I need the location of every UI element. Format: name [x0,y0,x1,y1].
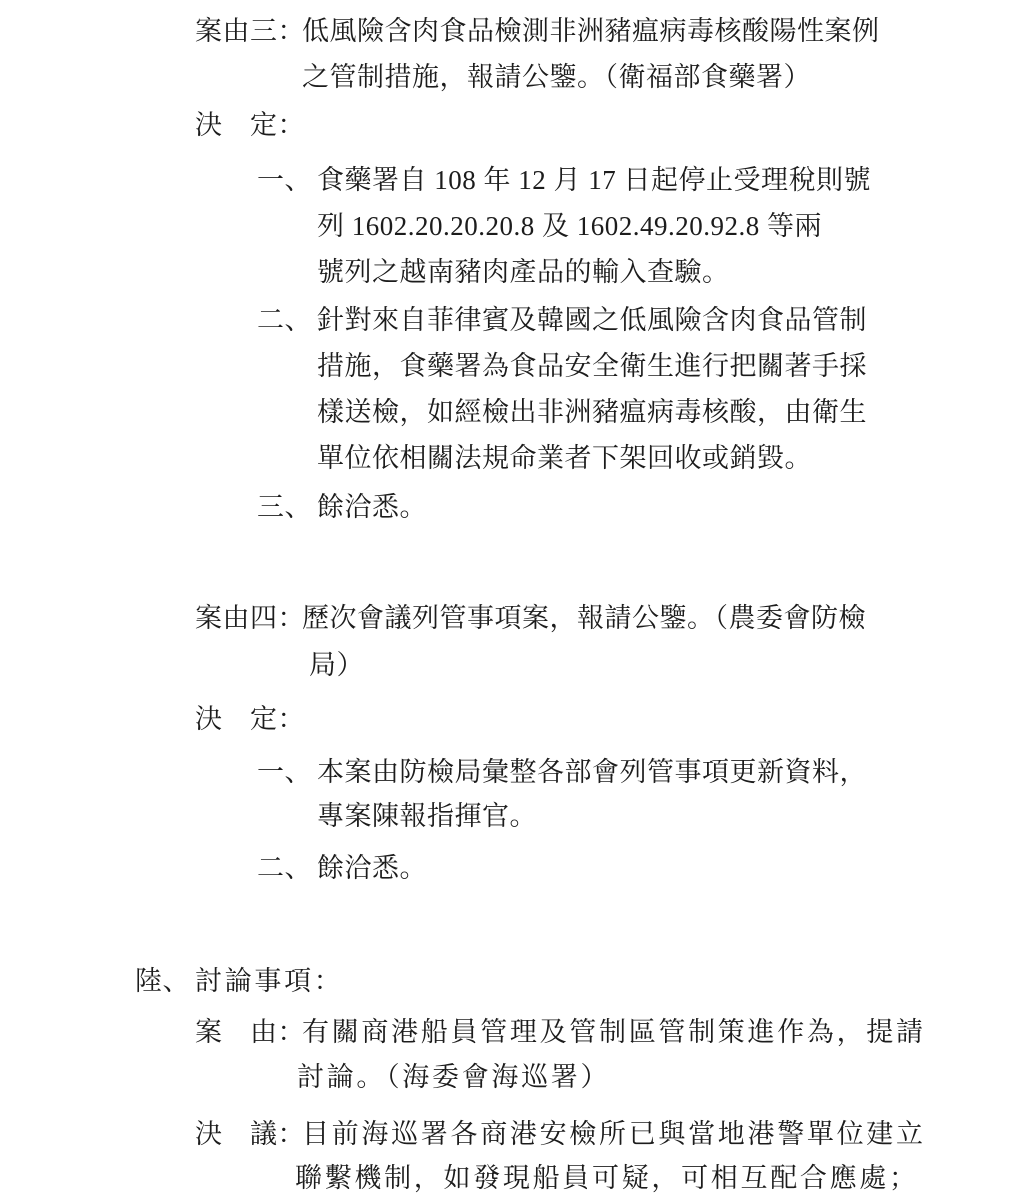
decision3-item2-line1: 二、 針對來自菲律賓及韓國之低風險含肉食品管制 [257,303,867,337]
decision3-item2-number: 二、 [257,303,317,337]
case3-heading-line: 案由三： 低風險含肉食品檢測非洲豬瘟病毒核酸陽性案例 [195,14,880,48]
decision3-item1-line1: 一、 食藥署自 108 年 12 月 17 日起停止受理稅則號 [257,163,871,197]
decision3-item2-line2: 措施，食藥署為食品安全衛生進行把關著手採 [317,349,867,383]
case4-heading-line: 案由四： 歷次會議列管事項案，報請公鑒。（農委會防檢 [195,601,866,635]
decision4-item1-number: 一、 [257,755,317,789]
case4-label: 案由四： [195,601,302,635]
decision4-item2-line1: 二、 餘洽悉。 [257,851,427,885]
decision4-heading: 決 定： [195,702,305,736]
decision3-item3-line1: 三、 餘洽悉。 [257,490,427,524]
decision3-item2-line3: 樣送檢，如經檢出非洲豬瘟病毒核酸，由衛生 [317,395,867,429]
resolution6-line-2: 聯繫機制，如發現船員可疑，可相互配合應處； [295,1161,919,1195]
resolution6-label: 決 議： [195,1117,302,1151]
decision3-item1-line2: 列 1602.20.20.20.8 及 1602.49.20.92.8 等兩 [317,209,822,243]
decision4-item2-number: 二、 [257,851,317,885]
section6-number: 陸、 [135,964,195,998]
case3-line-2: 之管制措施，報請公鑒。（衛福部食藥署） [302,60,811,94]
case6-label: 案 由： [195,1015,302,1049]
decision4-item1-line2: 專案陳報指揮官。 [317,799,537,833]
decision3-item3-number: 三、 [257,490,317,524]
case4-line-1: 歷次會議列管事項案，報請公鑒。（農委會防檢 [302,601,866,635]
decision3-item2-line4: 單位依相關法規命業者下架回收或銷毀。 [317,441,812,475]
case6-line-1: 有關商港船員管理及管制區管制策進作為，提請 [302,1015,926,1049]
decision3-heading: 決 定： [195,108,305,142]
case3-label: 案由三： [195,14,302,48]
case6-heading-line: 案 由： 有關商港船員管理及管制區管制策進作為，提請 [195,1015,926,1049]
decision3-item1-number: 一、 [257,163,317,197]
section6-heading: 陸、 討論事項： [135,964,344,998]
case3-line-1: 低風險含肉食品檢測非洲豬瘟病毒核酸陽性案例 [302,14,880,48]
section6-title: 討論事項： [195,964,344,998]
decision4-item1-line1: 一、 本案由防檢局彙整各部會列管事項更新資料， [257,755,867,789]
document-page: 案由三： 低風險含肉食品檢測非洲豬瘟病毒核酸陽性案例 之管制措施，報請公鑒。（衛… [0,0,1030,1200]
case6-line-2: 討論。（海委會海巡署） [297,1060,610,1094]
case4-line-2: 局） [309,648,364,682]
decision3-item1-line3: 號列之越南豬肉產品的輸入查驗。 [317,255,730,289]
resolution6-heading-line: 決 議： 目前海巡署各商港安檢所已與當地港警單位建立 [195,1117,926,1151]
resolution6-line-1: 目前海巡署各商港安檢所已與當地港警單位建立 [302,1117,926,1151]
